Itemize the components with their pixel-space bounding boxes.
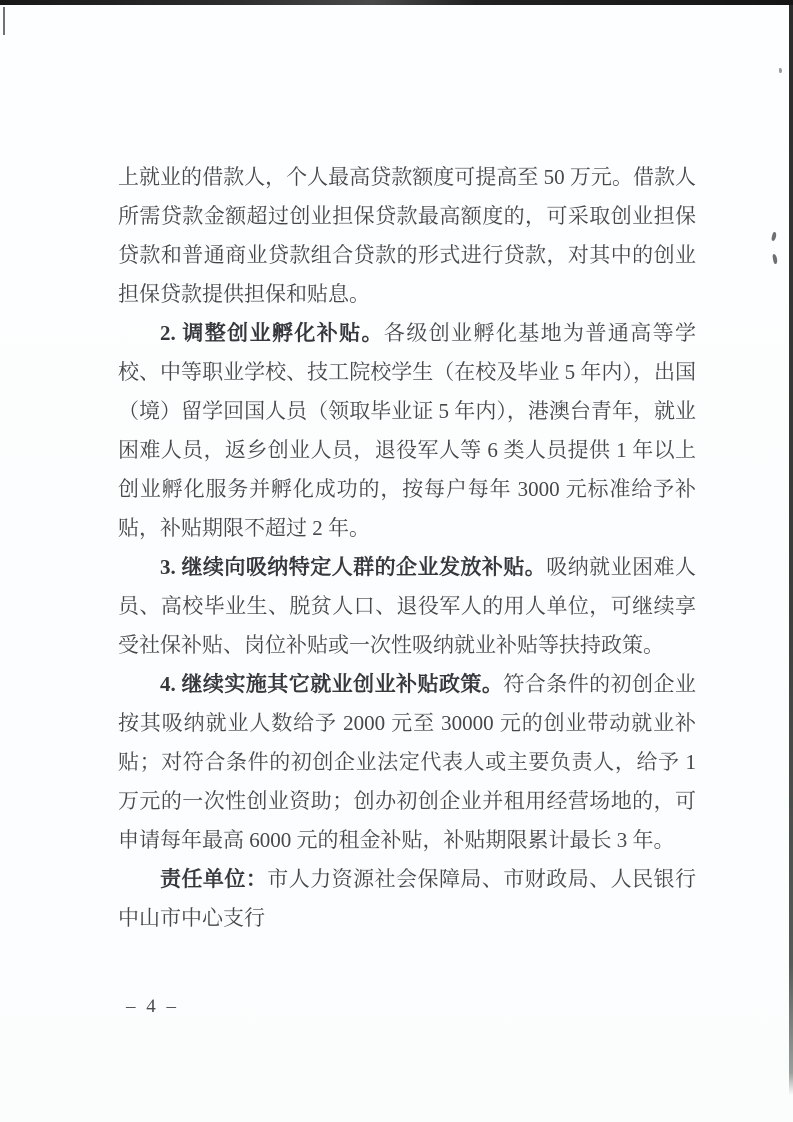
scan-artifact-right-edge (789, 5, 793, 1095)
paragraph-lead: 4. 继续实施其它就业创业补贴政策。 (160, 672, 503, 696)
document-page: 上就业的借款人，个人最高贷款额度可提高至 50 万元。借款人所需贷款金额超过创业… (0, 0, 793, 1122)
paragraph-loan-continuation: 上就业的借款人，个人最高贷款额度可提高至 50 万元。借款人所需贷款金额超过创业… (118, 158, 696, 314)
scan-artifact-speck (772, 254, 778, 265)
paragraph-enterprise-subsidy: 3. 继续向吸纳特定人群的企业发放补贴。吸纳就业困难人员、高校毕业生、脱贫人口、… (118, 548, 696, 665)
paragraph-lead: 责任单位： (160, 867, 267, 891)
scan-artifact-left-tick (3, 7, 5, 35)
paragraph-other-policies: 4. 继续实施其它就业创业补贴政策。符合条件的初创企业按其吸纳就业人数给予 20… (118, 665, 696, 860)
scan-artifact-speck (771, 232, 777, 242)
page-number: – 4 – (126, 996, 179, 1018)
paragraph-responsible-units: 责任单位：市人力资源社会保障局、市财政局、人民银行中山市中心支行 (118, 860, 696, 938)
paragraph-body: 各级创业孵化基地为普通高等学校、中等职业学校、技工院校学生（在校及毕业 5 年内… (118, 321, 696, 540)
paragraph-lead: 3. 继续向吸纳特定人群的企业发放补贴。 (160, 555, 546, 579)
paragraph-body: 上就业的借款人，个人最高贷款额度可提高至 50 万元。借款人所需贷款金额超过创业… (118, 165, 696, 306)
document-text-block: 上就业的借款人，个人最高贷款额度可提高至 50 万元。借款人所需贷款金额超过创业… (118, 158, 696, 938)
scan-artifact-top-bar (0, 0, 793, 5)
paragraph-incubation-subsidy: 2. 调整创业孵化补贴。各级创业孵化基地为普通高等学校、中等职业学校、技工院校学… (118, 314, 696, 548)
scan-artifact-speck (779, 68, 782, 73)
paragraph-lead: 2. 调整创业孵化补贴。 (160, 321, 384, 345)
paragraph-body: 符合条件的初创企业按其吸纳就业人数给予 2000 元至 30000 元的创业带动… (118, 672, 696, 852)
